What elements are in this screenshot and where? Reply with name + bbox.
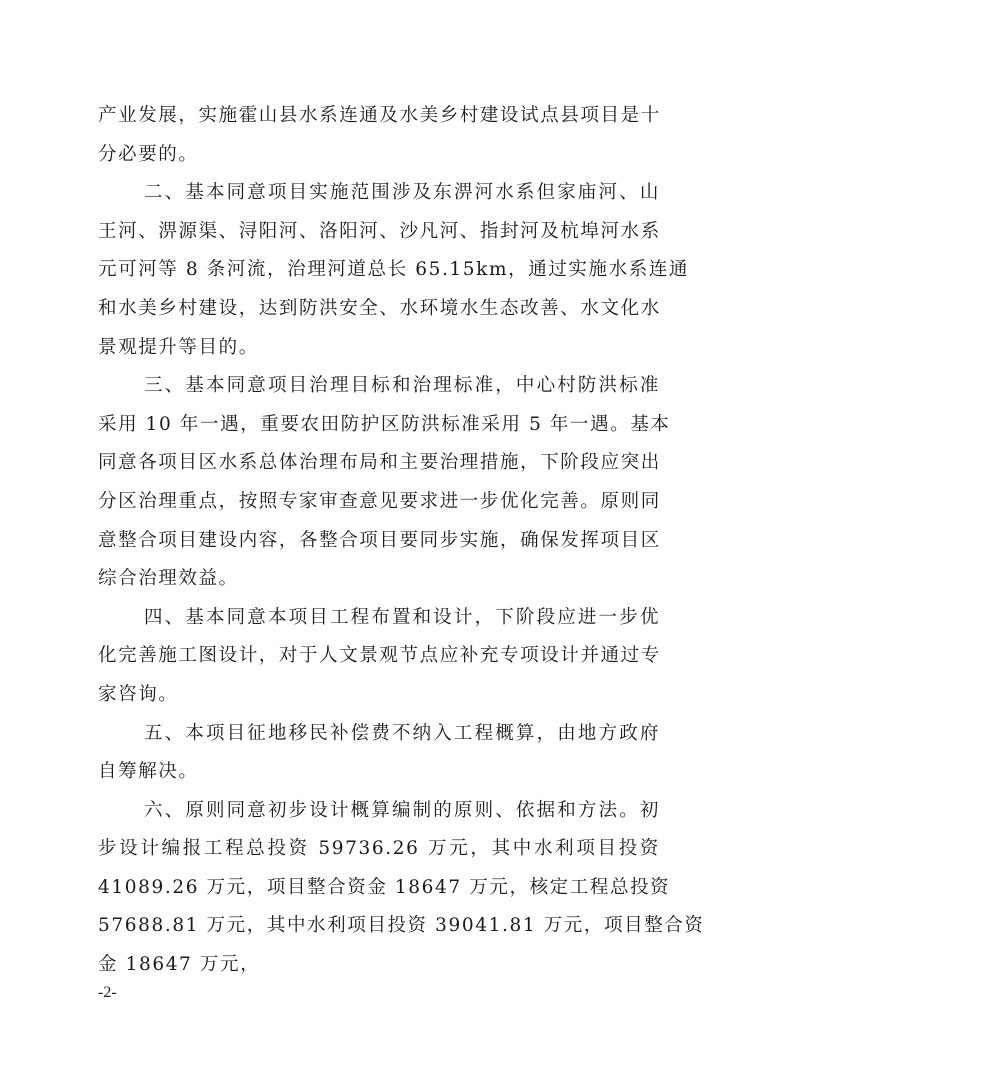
paragraph-section-6: 六、原则同意初步设计概算编制的原则、依据和方法。初 步设计编报工程总投资 597… <box>98 792 660 985</box>
text-line: 二、基本同意项目实施范围涉及东淠河水系但家庙河、山 <box>98 174 660 213</box>
text-line: 四、基本同意本项目工程布置和设计，下阶段应进一步优 <box>98 599 660 638</box>
text-line: 化完善施工图设计，对于人文景观节点应补充专项设计并通过专 <box>98 637 660 676</box>
text-line: 采用 10 年一遇，重要农田防护区防洪标准采用 5 年一遇。基本 <box>98 406 660 445</box>
text-line: 意整合项目建设内容，各整合项目要同步实施，确保发挥项目区 <box>98 522 660 561</box>
document-page: 产业发展，实施霍山县水系连通及水美乡村建设试点县项目是十 分必要的。 二、基本同… <box>98 97 660 985</box>
page-number: -2- <box>98 984 117 1002</box>
text-line: 分区治理重点，按照专家审查意见要求进一步优化完善。原则同 <box>98 483 660 522</box>
paragraph-section-2: 二、基本同意项目实施范围涉及东淠河水系但家庙河、山 王河、淠源渠、浔阳河、洛阳河… <box>98 174 660 367</box>
text-line: 分必要的。 <box>98 136 660 175</box>
text-line: 元可河等 8 条河流，治理河道总长 65.15km，通过实施水系连通 <box>98 251 660 290</box>
text-line: 自筹解决。 <box>98 753 660 792</box>
text-line: 王河、淠源渠、浔阳河、洛阳河、沙凡河、指封河及杭埠河水系 <box>98 213 660 252</box>
text-line: 57688.81 万元，其中水利项目投资 39041.81 万元，项目整合资 <box>98 907 660 946</box>
text-line: 综合治理效益。 <box>98 560 660 599</box>
text-line: 产业发展，实施霍山县水系连通及水美乡村建设试点县项目是十 <box>98 97 660 136</box>
text-line: 41089.26 万元，项目整合资金 18647 万元，核定工程总投资 <box>98 869 660 908</box>
paragraph-section-4: 四、基本同意本项目工程布置和设计，下阶段应进一步优 化完善施工图设计，对于人文景… <box>98 599 660 715</box>
text-line: 金 18647 万元， <box>98 946 660 985</box>
text-line: 步设计编报工程总投资 59736.26 万元，其中水利项目投资 <box>98 830 660 869</box>
text-line: 六、原则同意初步设计概算编制的原则、依据和方法。初 <box>98 792 660 831</box>
text-line: 家咨询。 <box>98 676 660 715</box>
text-line: 和水美乡村建设，达到防洪安全、水环境水生态改善、水文化水 <box>98 290 660 329</box>
text-line: 景观提升等目的。 <box>98 329 660 368</box>
text-line: 同意各项目区水系总体治理布局和主要治理措施，下阶段应突出 <box>98 444 660 483</box>
paragraph-continuation: 产业发展，实施霍山县水系连通及水美乡村建设试点县项目是十 分必要的。 <box>98 97 660 174</box>
paragraph-section-5: 五、本项目征地移民补偿费不纳入工程概算，由地方政府 自筹解决。 <box>98 715 660 792</box>
paragraph-section-3: 三、基本同意项目治理目标和治理标准，中心村防洪标准 采用 10 年一遇，重要农田… <box>98 367 660 599</box>
text-line: 三、基本同意项目治理目标和治理标准，中心村防洪标准 <box>98 367 660 406</box>
text-line: 五、本项目征地移民补偿费不纳入工程概算，由地方政府 <box>98 715 660 754</box>
